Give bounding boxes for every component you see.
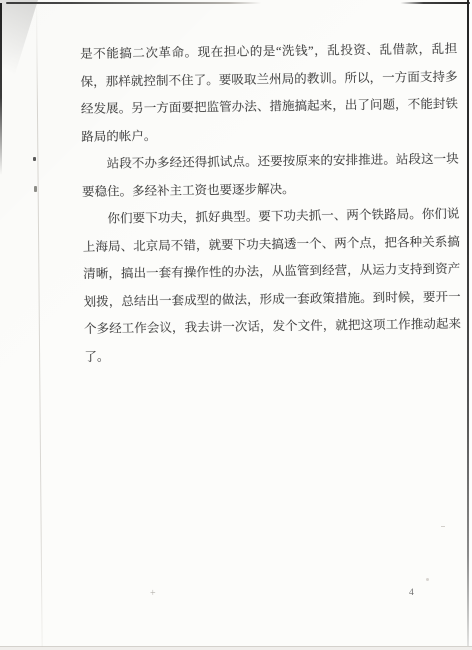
page-number: 4 xyxy=(409,588,414,598)
scan-left-dark-strip xyxy=(0,3,2,175)
scanned-document-page: 是不能搞二次革命。现在担心的是“洗钱”，乱投资、乱借款，乱担保，那样就控制不住了… xyxy=(0,0,472,650)
text-line: 站段不办多经还得抓试点。还要按原来的安排推进。站段这一块 xyxy=(82,146,459,179)
scan-speck-left-lower xyxy=(34,186,37,192)
registration-plus-mark: + xyxy=(150,589,156,599)
scan-speck-right-lower xyxy=(426,578,429,581)
text-line: 了。 xyxy=(84,338,461,371)
document-text: 是不能搞二次革命。现在担心的是“洗钱”，乱投资、乱借款，乱担保，那样就控制不住了… xyxy=(80,36,462,371)
scan-top-edge-line xyxy=(6,2,470,4)
text-line: 经发展。另一方面要把监管办法、措施搞起来，出了问题，不能封铁 xyxy=(81,91,458,124)
text-line: 个多经工作会议，我去讲一次话，发个文件，就把这项工作推动起来 xyxy=(84,311,461,344)
scan-right-edge-line xyxy=(467,0,469,646)
scan-speck-right-upper xyxy=(441,526,445,527)
scan-speck-left-upper xyxy=(33,157,36,161)
